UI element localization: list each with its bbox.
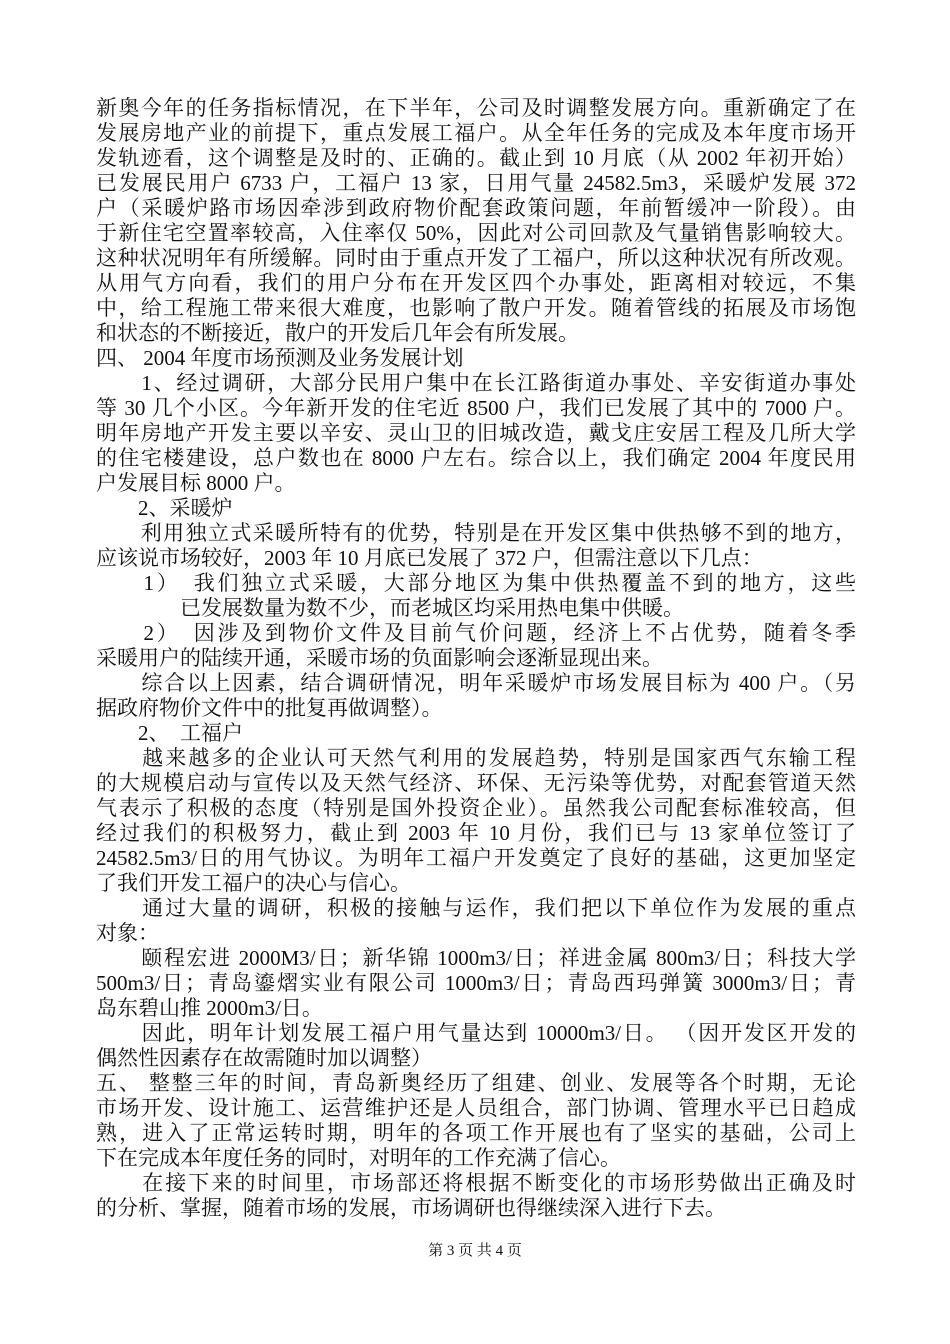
text-line: 了我们开发工福户的决心与信心。 — [96, 871, 856, 896]
text-line: 采暖用户的陆续开通，采暖市场的负面影响会逐渐显现出来。 — [96, 646, 856, 671]
text-line: 户（采暖炉路市场因牵涉到政府物价配套政策问题，年前暂缓冲一阶段）。由 — [96, 196, 856, 221]
text-line: 岛东碧山推 2000m3/日。 — [96, 996, 856, 1021]
text-line: 1） 我们独立式采暖，大部分地区为集中供热覆盖不到的地方，这些 — [96, 571, 856, 596]
text-line: 已发展民用户 6733 户，工福户 13 家，日用气量 24582.5m3，采暖… — [96, 171, 856, 196]
text-line: 发轨迹看，这个调整是及时的、正确的。截止到 10 月底（从 2002 年初开始） — [96, 146, 856, 171]
text-line: 发展房地产业的前提下，重点发展工福户。从全年任务的完成及本年度市场开 — [96, 121, 856, 146]
text-line: 应该说市场较好，2003 年 10 月底已发展了 372 户，但需注意以下几点： — [96, 546, 856, 571]
text-line: 2、采暖炉 — [96, 496, 856, 521]
text-line: 中，给工程施工带来很大难度，也影响了散户开发。随着管线的拓展及市场饱 — [96, 296, 856, 321]
text-line: 通过大量的调研，积极的接触与运作，我们把以下单位作为发展的重点 — [96, 896, 856, 921]
text-line: 这种状况明年有所缓解。同时由于重点开发了工福户，所以这种状况有所改观。 — [96, 246, 856, 271]
text-line: 户发展目标 8000 户。 — [96, 471, 856, 496]
text-line: 24582.5m3/日的用气协议。为明年工福户开发奠定了良好的基础，这更加坚定 — [96, 846, 856, 871]
document-page: 新奥今年的任务指标情况，在下半年，公司及时调整发展方向。重新确定了在发展房地产业… — [0, 0, 950, 1344]
text-line: 越来越多的企业认可天然气利用的发展趋势，特别是国家西气东输工程 — [96, 746, 856, 771]
text-line: 下在完成本年度任务的同时，对明年的工作充满了信心。 — [96, 1146, 856, 1171]
text-line: 综合以上因素，结合调研情况，明年采暖炉市场发展目标为 400 户。（另 — [96, 671, 856, 696]
text-line: 据政府物价文件中的批复再做调整）。 — [96, 696, 856, 721]
text-line: 明年房地产开发主要以辛安、灵山卫的旧城改造，戴戈庄安居工程及几所大学 — [96, 421, 856, 446]
text-line: 2、 工福户 — [96, 721, 856, 746]
text-line: 因此，明年计划发展工福户用气量达到 10000m3/日。 （因开发区开发的 — [96, 1021, 856, 1046]
text-line: 的住宅楼建设，总户数也在 8000 户左右。综合以上，我们确定 2004 年度民… — [96, 446, 856, 471]
text-line: 已发展数量为数不少，而老城区均采用热电集中供暖。 — [96, 596, 856, 621]
text-line: 的大规模启动与宣传以及天然气经济、环保、无污染等优势，对配套管道天然 — [96, 771, 856, 796]
text-line: 的分析、掌握，随着市场的发展，市场调研也得继续深入进行下去。 — [96, 1196, 856, 1221]
text-line: 偶然性因素存在故需随时加以调整） — [96, 1046, 856, 1071]
text-line: 500m3/日；青岛鎏熠实业有限公司 1000m3/日；青岛西玛弹簧 3000m… — [96, 971, 856, 996]
text-line: 1、经过调研，大部分民用户集中在长江路街道办事处、辛安街道办事处 — [96, 371, 856, 396]
text-line: 颐程宏进 2000M3/日；新华锦 1000m3/日；祥进金属 800m3/日；… — [96, 946, 856, 971]
text-line: 五、 整整三年的时间，青岛新奥经历了组建、创业、发展等各个时期，无论 — [96, 1071, 856, 1096]
text-line: 四、 2004 年度市场预测及业务发展计划 — [96, 346, 856, 371]
text-line: 对象： — [96, 921, 856, 946]
document-body: 新奥今年的任务指标情况，在下半年，公司及时调整发展方向。重新确定了在发展房地产业… — [96, 96, 856, 1221]
page-number-label: 第 3 页 共 4 页 — [428, 1243, 522, 1259]
text-line: 经过我们的积极努力，截止到 2003 年 10 月份，我们已与 13 家单位签订… — [96, 821, 856, 846]
text-line: 从用气方向看，我们的用户分布在开发区四个办事处，距离相对较远，不集 — [96, 271, 856, 296]
text-line: 于新住宅空置率较高，入住率仅 50%，因此对公司回款及气量销售影响较大。 — [96, 221, 856, 246]
text-line: 等 30 几个小区。今年新开发的住宅近 8500 户，我们已发展了其中的 700… — [96, 396, 856, 421]
text-line: 新奥今年的任务指标情况，在下半年，公司及时调整发展方向。重新确定了在 — [96, 96, 856, 121]
text-line: 气表示了积极的态度（特别是国外投资企业）。虽然我公司配套标准较高，但 — [96, 796, 856, 821]
text-line: 和状态的不断接近，散户的开发后几年会有所发展。 — [96, 321, 856, 346]
text-line: 市场开发、设计施工、运营维护还是人员组合，部门协调、管理水平已日趋成 — [96, 1096, 856, 1121]
text-line: 2） 因涉及到物价文件及目前气价问题，经济上不占优势，随着冬季 — [96, 621, 856, 646]
text-line: 熟，进入了正常运转时期，明年的各项工作开展也有了坚实的基础，公司上 — [96, 1121, 856, 1146]
text-line: 利用独立式采暖所特有的优势，特别是在开发区集中供热够不到的地方， — [96, 521, 856, 546]
page-footer: 第 3 页 共 4 页 — [0, 1240, 950, 1262]
text-line: 在接下来的时间里，市场部还将根据不断变化的市场形势做出正确及时 — [96, 1171, 856, 1196]
